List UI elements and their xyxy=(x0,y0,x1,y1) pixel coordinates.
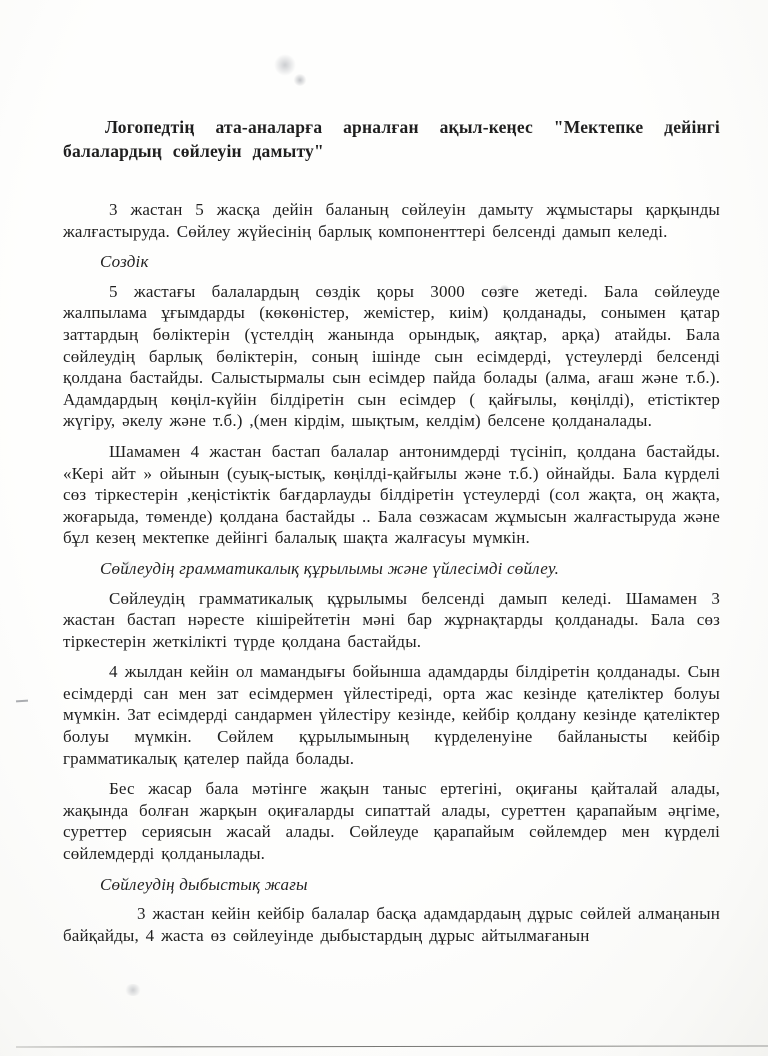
section-heading-grammar: Сөйлеудің грамматикалық құрылымы және үй… xyxy=(63,558,720,580)
paragraph-grammar-2: 4 жылдан кейін ол мамандығы бойынша адам… xyxy=(63,661,720,769)
document-title: Логопедтің ата-аналарға арналған ақыл-ке… xyxy=(63,116,720,163)
paragraph-intro: 3 жастан 5 жасқа дейін баланың сөйлеуін … xyxy=(63,199,720,242)
paragraph-vocabulary-1: 5 жастағы балалардың сөздік қоры 3000 сө… xyxy=(63,281,720,432)
scan-smudge xyxy=(274,54,296,76)
paragraph-phonetics-1: 3 жастан кейін кейбір балалар басқа адам… xyxy=(63,903,720,946)
paragraph-grammar-1: Сөйлеудің грамматикалық құрылымы белсенд… xyxy=(63,588,720,653)
paragraph-grammar-3: Бес жасар бала мәтінге жақын таныс ертег… xyxy=(63,778,720,864)
section-heading-phonetics: Сөйлеудің дыбыстық жағы xyxy=(63,874,720,896)
paragraph-vocabulary-2: Шамамен 4 жастан бастап балалар антонимд… xyxy=(63,441,720,549)
document-body: Логопедтің ата-аналарға арналған ақыл-ке… xyxy=(63,116,720,955)
section-heading-vocabulary: Создік xyxy=(63,251,720,273)
scan-page-edge-line xyxy=(16,1045,768,1047)
scan-smudge xyxy=(293,74,307,86)
scanned-page: Логопедтің ата-аналарға арналған ақыл-ке… xyxy=(0,0,768,1056)
scan-smudge xyxy=(124,984,142,996)
scan-margin-mark xyxy=(16,700,28,703)
